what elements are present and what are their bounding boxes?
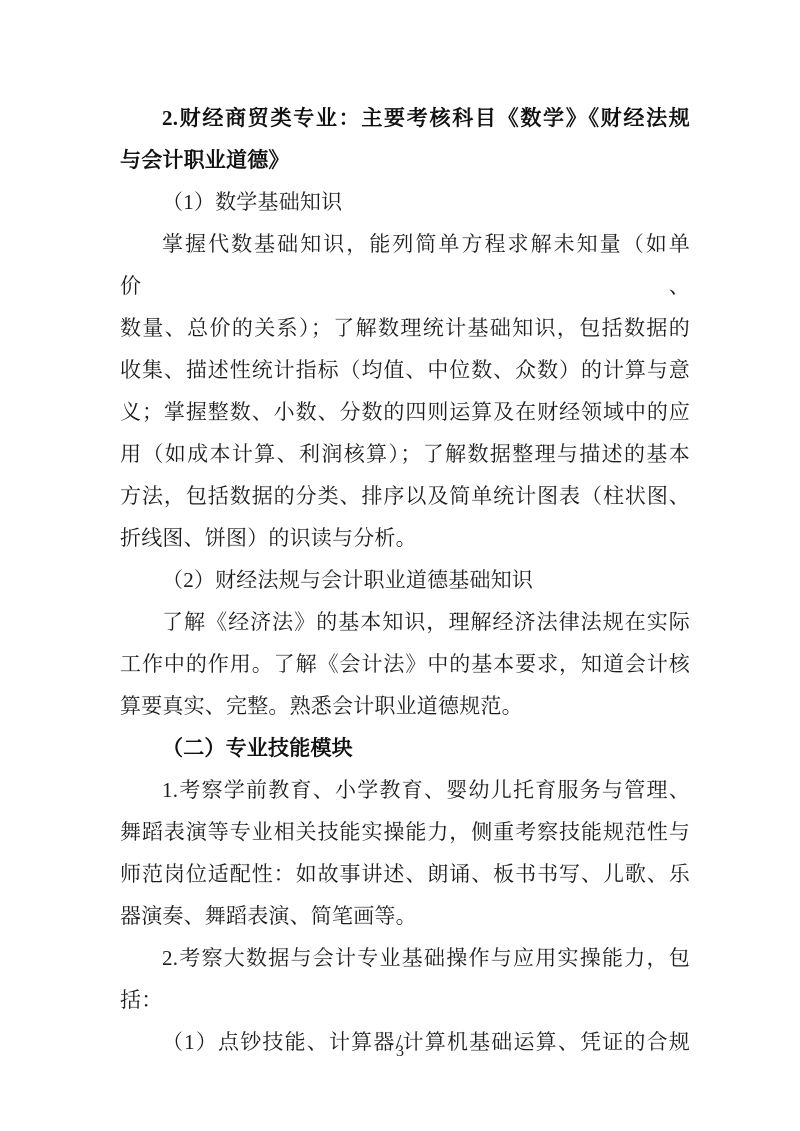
document-page: 2.财经商贸类专业：主要考核科目《数学》《财经法规 与会计职业道德》 （1）数学… (0, 0, 800, 1131)
text-line: 工作中的作用。了解《会计法》中的基本要求，知道会计核 (120, 643, 690, 685)
text-line: 算要真实、完整。熟悉会计职业道德规范。 (120, 685, 690, 727)
paragraph-accounting-skills-intro: 2.考察大数据与会计专业基础操作与应用实操能力，包 括： (120, 937, 690, 1021)
paragraph-math-knowledge-title: （1）数学基础知识 (120, 181, 690, 223)
paragraph-math-knowledge-detail: 掌握代数基础知识，能列简单方程求解未知量（如单价、 数量、总价的关系）；了解数理… (120, 223, 690, 559)
text-line: 与会计职业道德》 (120, 139, 690, 181)
document-body: 2.财经商贸类专业：主要考核科目《数学》《财经法规 与会计职业道德》 （1）数学… (120, 97, 690, 1063)
text-line: 师范岗位适配性：如故事讲述、朗诵、板书书写、儿歌、乐 (120, 853, 690, 895)
text-line: （2）财经法规与会计职业道德基础知识 (120, 559, 690, 601)
text-line: 义；掌握整数、小数、分数的四则运算及在财经领域中的应 (120, 391, 690, 433)
text-line: 器演奏、舞蹈表演、简笔画等。 (120, 895, 690, 937)
paragraph-finance-law-title: （2）财经法规与会计职业道德基础知识 (120, 559, 690, 601)
text-line: 舞蹈表演等专业相关技能实操能力，侧重考察技能规范性与 (120, 811, 690, 853)
text-line: 1.考察学前教育、小学教育、婴幼儿托育服务与管理、 (120, 769, 690, 811)
paragraph-skill-module-heading: （二）专业技能模块 (120, 727, 690, 769)
text-line: 用（如成本计算、利润核算）；了解数据整理与描述的基本 (120, 433, 690, 475)
text-line: 收集、描述性统计指标（均值、中位数、众数）的计算与意 (120, 349, 690, 391)
text-line: 2.考察大数据与会计专业基础操作与应用实操能力，包 (120, 937, 690, 979)
text-line: 折线图、饼图）的识读与分析。 (120, 517, 690, 559)
text-line: 掌握代数基础知识，能列简单方程求解未知量（如单价、 (120, 223, 690, 307)
text-line: 了解《经济法》的基本知识，理解经济法律法规在实际 (120, 601, 690, 643)
page-number: 3 (0, 1042, 800, 1062)
paragraph-subject-heading: 2.财经商贸类专业：主要考核科目《数学》《财经法规 与会计职业道德》 (120, 97, 690, 181)
text-line: （二）专业技能模块 (120, 727, 690, 769)
text-line: （1）数学基础知识 (120, 181, 690, 223)
text-line: 数量、总价的关系）；了解数理统计基础知识，包括数据的 (120, 307, 690, 349)
paragraph-education-skills: 1.考察学前教育、小学教育、婴幼儿托育服务与管理、 舞蹈表演等专业相关技能实操能… (120, 769, 690, 937)
paragraph-finance-law-detail: 了解《经济法》的基本知识，理解经济法律法规在实际 工作中的作用。了解《会计法》中… (120, 601, 690, 727)
text-line: 括： (120, 979, 690, 1021)
text-line: 2.财经商贸类专业：主要考核科目《数学》《财经法规 (120, 97, 690, 139)
text-line: 方法，包括数据的分类、排序以及简单统计图表（柱状图、 (120, 475, 690, 517)
